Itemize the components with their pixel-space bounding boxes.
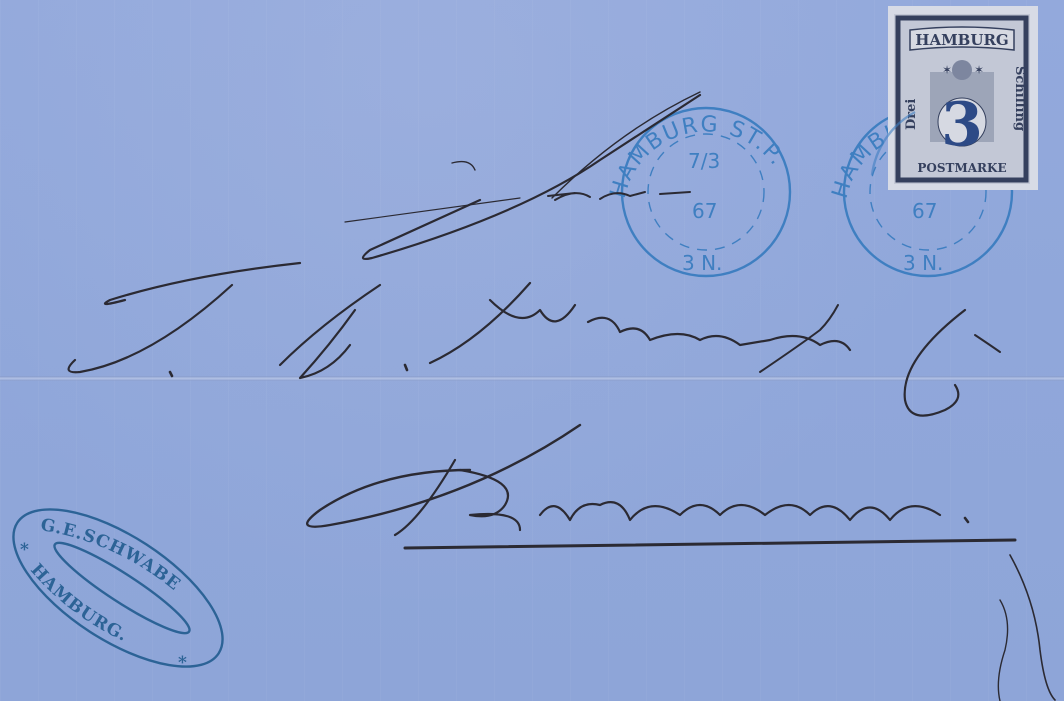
margin-notation: [998, 555, 1055, 701]
stamp-right-text: Schilling: [1012, 66, 1027, 131]
stamp-country: HAMBURG: [915, 31, 1008, 49]
postmark-1-date: 7/3: [688, 149, 720, 173]
star-left-icon: ✶: [942, 63, 952, 77]
cover-artwork: HAMBURG ST.P. 7/3 67 3 N. HAMBURG ST.P. …: [0, 0, 1064, 701]
city-script: [307, 425, 1015, 548]
stamp-bottom-text: POSTMARKE: [917, 161, 1006, 175]
stamp-denomination: 3: [941, 90, 983, 160]
postal-cover: HAMBURG ST.P. 7/3 67 3 N. HAMBURG ST.P. …: [0, 0, 1064, 701]
cachet-star-left: *: [20, 540, 30, 560]
postmark-1-year: 67: [692, 199, 717, 223]
salutation-script: [345, 92, 700, 259]
postmark-1: HAMBURG ST.P. 7/3 67 3 N.: [606, 108, 791, 276]
recipient-script: [69, 263, 1000, 416]
cachet-star-right: *: [178, 653, 188, 673]
postmark-1-time: 3 N.: [682, 251, 722, 275]
star-right-icon: ✶: [974, 63, 984, 77]
company-cachet: G.E.SCHWABE HAMBURG. * *: [0, 479, 247, 697]
postmark-2-time: 3 N.: [903, 251, 943, 275]
postmark-2-year: 67: [912, 199, 937, 223]
hamburg-stamp: HAMBURG Drei Schilling ✶ ✶ 3 POSTMARKE: [872, 6, 1038, 190]
